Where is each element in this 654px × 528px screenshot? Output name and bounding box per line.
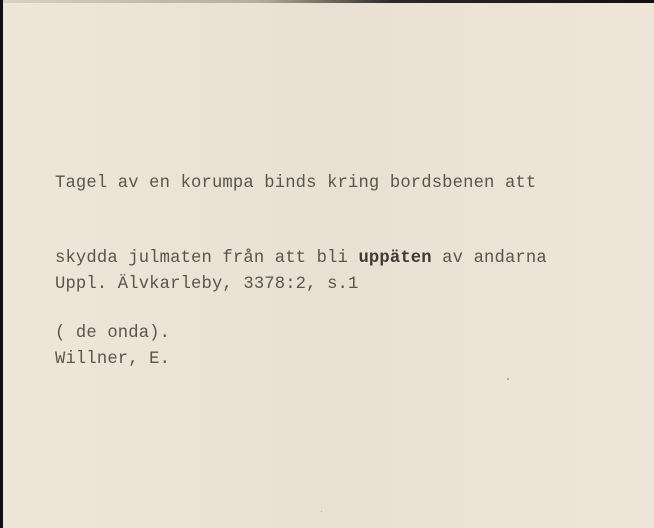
description-line-2-end: av andarna	[432, 249, 547, 268]
card-top-edge	[0, 0, 654, 3]
overstruck-word: uppäten	[358, 249, 431, 268]
card-source: Uppl. Älvkarleby, 3378:2, s.1 Willner, E…	[55, 222, 358, 422]
source-recorder: Willner, E.	[55, 347, 358, 372]
description-line-1: Tagel av en korumpa binds kring bordsben…	[55, 171, 547, 196]
paper-speck	[321, 511, 322, 512]
source-location: Uppl. Älvkarleby, 3378:2, s.1	[55, 272, 358, 297]
paper-speck	[507, 378, 509, 380]
index-card: Tagel av en korumpa binds kring bordsben…	[3, 2, 654, 528]
card-left-edge	[0, 0, 3, 528]
